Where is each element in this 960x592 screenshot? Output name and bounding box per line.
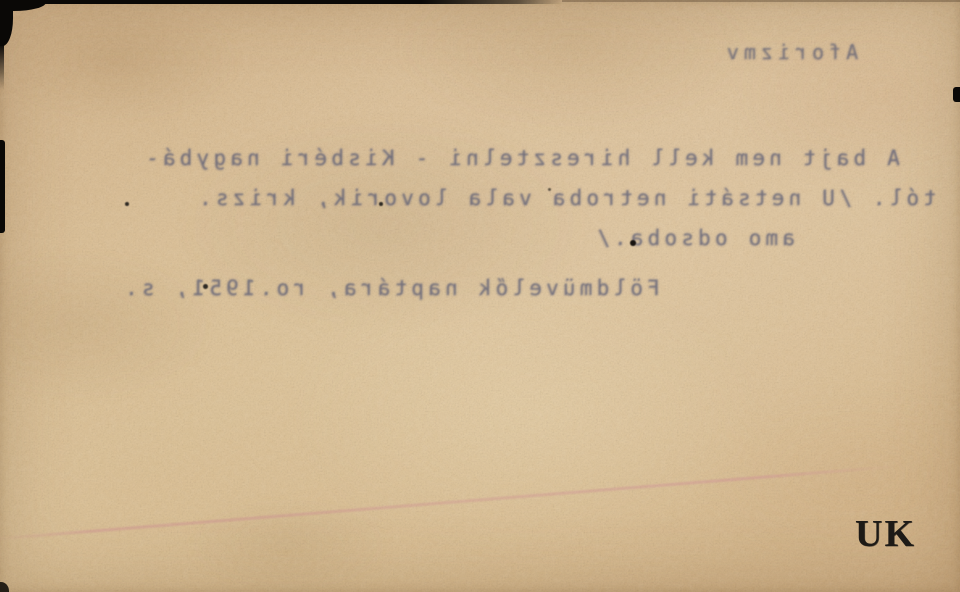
scan-edge-top-hairline <box>562 0 960 2</box>
bleedthrough-corner-label: Aforizmv <box>722 40 858 64</box>
scan-edge-top-strip <box>0 0 562 4</box>
ink-speck <box>548 188 551 191</box>
bleedthrough-line-4: Földmüvelők naptára, ro.1951, s. <box>121 276 660 300</box>
bleedthrough-line-3: amo odsoba./ <box>593 226 795 250</box>
bleedthrough-line-1: A bajt nem kell hiresztelni - Kisbéri na… <box>142 146 900 170</box>
ink-speck <box>630 240 636 246</box>
ink-speck <box>203 284 208 289</box>
scan-edge-left-fade <box>0 44 4 90</box>
ink-speck <box>379 202 383 206</box>
uk-stamp: UK <box>855 512 916 556</box>
scan-edge-left-nub <box>0 140 5 233</box>
bleedthrough-line-2: tól. /U netsáti netroba vala lovorik, kr… <box>195 186 936 210</box>
scan-edge-right-tick <box>953 87 960 102</box>
scanned-card: Aforizmv A bajt nem kell hiresztelni - K… <box>0 0 960 592</box>
ink-speck <box>125 202 129 206</box>
